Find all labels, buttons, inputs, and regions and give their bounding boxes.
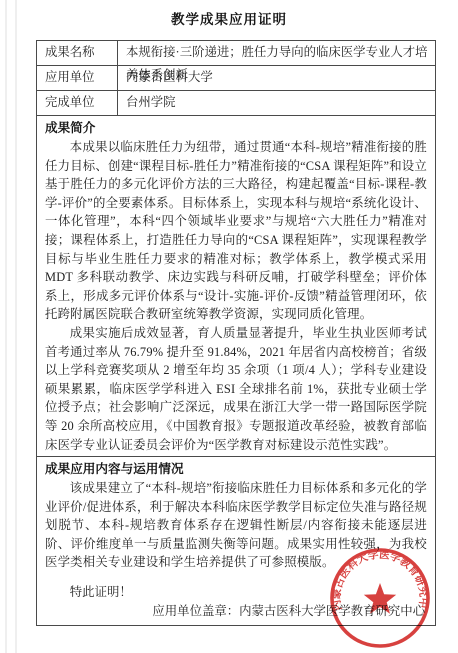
section-heading: 成果应用内容与运用情况 [45, 460, 427, 479]
certificate-table: 成果名称 本规衔接·三阶递进；胜任力导向的临床医学专业人才培养体系创新 应用单位… [36, 40, 436, 626]
page-title: 教学成果应用证明 [0, 8, 458, 28]
intro-paragraph-1: 本成果以临床胜任力为纽带，通过贯通“本科-规培”精准衔接的胜任力目标、创建“课程… [45, 138, 427, 324]
application-paragraph: 该成果建立了“本科-规培”衔接临床胜任力目标体系和多元化的学业评价/促进体系，利… [45, 479, 427, 572]
intro-paragraph-2: 成果实施后成效显著，育人质量显著提升，毕业生执业医师考试首考通过率从 76.79… [45, 324, 427, 454]
scan-artifact-line [15, 0, 17, 653]
row-value: 台州学院 [118, 91, 435, 115]
scan-artifact-line [5, 0, 7, 653]
section-heading: 成果简介 [45, 119, 427, 138]
attestation-text: 特此证明！ [45, 583, 427, 602]
seal-caption-line: 应用单位盖章：内蒙古医科大学医学教育研究中心 [45, 602, 427, 621]
row-label: 成果名称 [37, 41, 118, 65]
table-row-completing-unit: 完成单位 台州学院 [37, 91, 435, 116]
certificate-page: { "page": { "title": "教学成果应用证明" }, "tabl… [0, 0, 458, 653]
row-value: 内蒙古医科大学 [118, 66, 435, 90]
row-value: 本规衔接·三阶递进；胜任力导向的临床医学专业人才培养体系创新 [118, 41, 435, 65]
row-label: 完成单位 [37, 91, 118, 115]
section-achievement-intro: 成果简介 本成果以临床胜任力为纽带，通过贯通“本科-规培”精准衔接的胜任力目标、… [37, 116, 435, 457]
table-row-applying-unit: 应用单位 内蒙古医科大学 [37, 66, 435, 91]
table-row-achievement-name: 成果名称 本规衔接·三阶递进；胜任力导向的临床医学专业人才培养体系创新 [37, 41, 435, 66]
section-application-details: 成果应用内容与运用情况 该成果建立了“本科-规培”衔接临床胜任力目标体系和多元化… [37, 457, 435, 625]
row-label: 应用单位 [37, 66, 118, 90]
